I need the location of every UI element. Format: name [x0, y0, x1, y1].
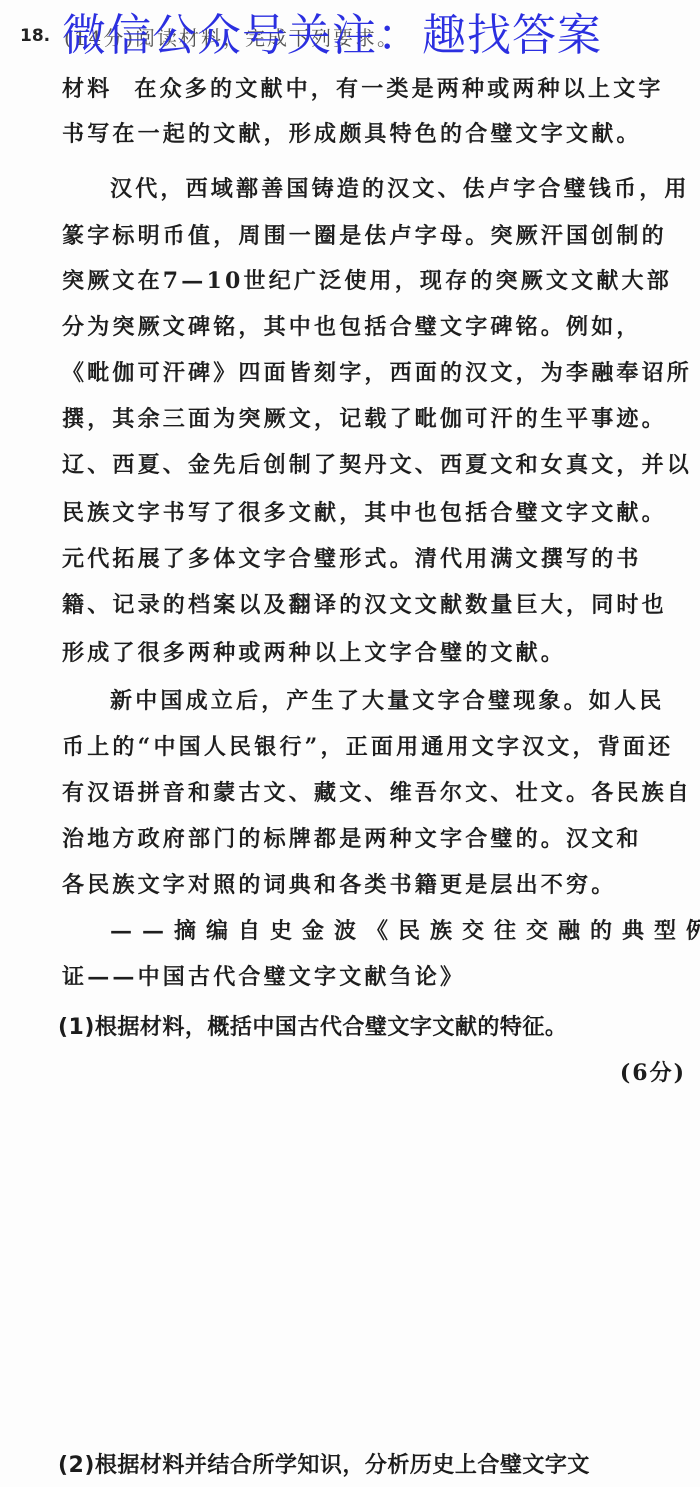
- material-line-14: 新中国成立后，产生了大量文字合璧现象。如人民: [110, 686, 690, 716]
- material-line-16: 有汉语拼音和蒙古文、藏文、维吾尔文、壮文。各民族自: [62, 778, 690, 808]
- question-number: 18.: [20, 26, 50, 46]
- material-line-10: 民族文字书写了很多文献，其中也包括合璧文字文献。: [62, 498, 690, 528]
- material-line-12: 籍、记录的档案以及翻译的汉文文献数量巨大，同时也: [62, 590, 690, 620]
- material-line-6: 分为突厥文碑铭，其中也包括合璧文字碑铭。例如，: [62, 312, 690, 342]
- sub-question-1: (1)根据材料，概括中国古代合璧文字文献的特征。: [58, 1010, 567, 1041]
- answer-space: [58, 1100, 688, 1430]
- material-line-8: 撰，其余三面为突厥文，记载了毗伽可汗的生平事迹。: [62, 404, 690, 434]
- sub-question-1-score: (6分): [620, 1056, 686, 1087]
- source-citation-line-2: 证——中国古代合璧文字文献刍论》: [62, 962, 690, 992]
- exam-page: 18. (14分)阅读材料，完成下列要求。 微信公众号关注：趣找答案 材料在众多…: [0, 0, 700, 1487]
- material-line-4: 篆字标明币值，周围一圈是佉卢字母。突厥汗国创制的: [62, 221, 690, 251]
- material-line-17: 治地方政府部门的标牌都是两种文字合璧的。汉文和: [62, 824, 690, 854]
- material-line-7: 《毗伽可汗碑》四面皆刻字，西面的汉文，为李融奉诏所: [62, 358, 690, 388]
- material-line-3: 汉代，西域鄯善国铸造的汉文、佉卢字合璧钱币，用: [110, 174, 690, 204]
- material-line-1: 材料在众多的文献中，有一类是两种或两种以上文字: [62, 74, 690, 104]
- material-line-11: 元代拓展了多体文字合璧形式。清代用满文撰写的书: [62, 544, 690, 574]
- material-label: 材料: [62, 76, 112, 102]
- material-line-2: 书写在一起的文献，形成颇具特色的合璧文字文献。: [62, 119, 690, 149]
- material-line-5: 突厥文在7—10世纪广泛使用，现存的突厥文文献大部: [62, 266, 690, 296]
- material-line-18: 各民族文字对照的词典和各类书籍更是层出不穷。: [62, 870, 690, 900]
- material-line-9: 辽、西夏、金先后创制了契丹文、西夏文和女真文，并以: [62, 450, 690, 480]
- source-citation-line-1: ——摘编自史金波《民族交往交融的典型例: [110, 916, 690, 946]
- sub-question-2: (2)根据材料并结合所学知识，分析历史上合璧文字文: [58, 1448, 590, 1479]
- material-line-13: 形成了很多两种或两种以上文字合璧的文献。: [62, 638, 690, 668]
- material-line-15: 币上的“中国人民银行”，正面用通用文字汉文，背面还: [62, 732, 690, 762]
- watermark-overlay: 微信公众号关注：趣找答案: [62, 6, 602, 66]
- material-text: 在众多的文献中，有一类是两种或两种以上文字: [134, 76, 663, 102]
